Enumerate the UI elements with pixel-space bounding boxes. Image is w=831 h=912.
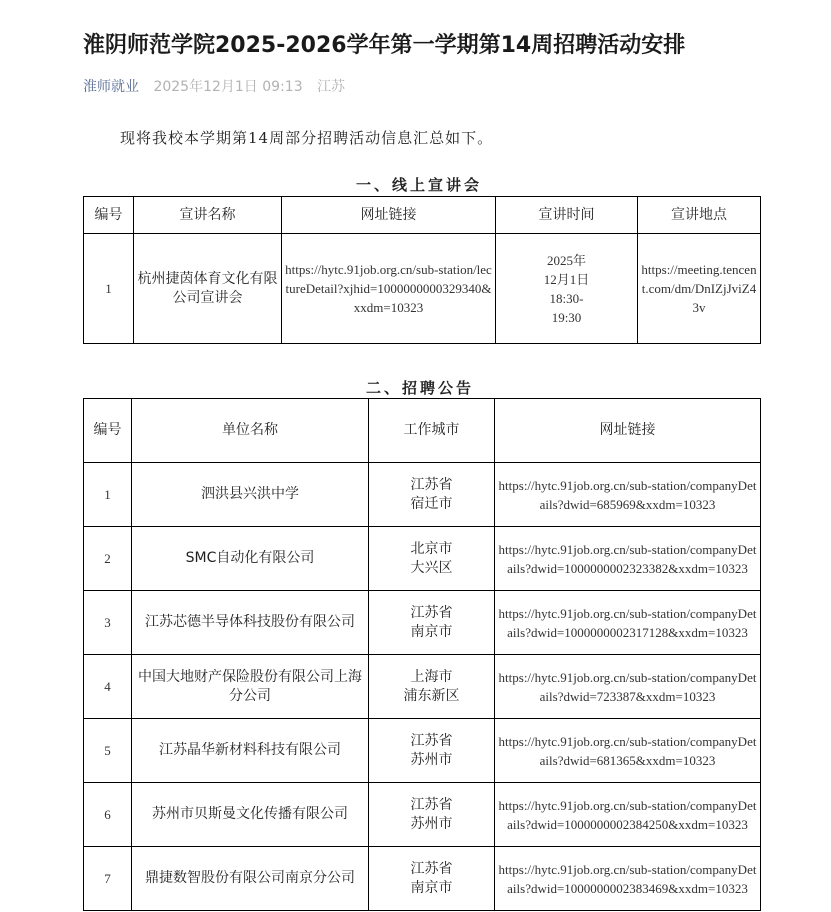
city-province: 江苏省 — [372, 732, 491, 751]
header-number: 编号 — [84, 399, 132, 463]
company-url[interactable]: https://hytc.91job.org.cn/sub-station/co… — [495, 719, 761, 783]
work-city: 北京市大兴区 — [369, 527, 495, 591]
table-row: 4 中国大地财产保险股份有限公司上海分公司 上海市浦东新区 https://hy… — [84, 655, 761, 719]
city-district: 宿迁市 — [372, 495, 491, 514]
article-title: 淮阴师范学院2025-2026学年第一学期第14周招聘活动安排 — [83, 28, 685, 59]
intro-paragraph: 现将我校本学期第14周部分招聘活动信息汇总如下。 — [120, 127, 493, 148]
city-province: 北京市 — [372, 540, 491, 559]
lecture-time-line: 19:30 — [499, 308, 634, 327]
table-row: 1 杭州捷茵体育文化有限公司宣讲会 https://hytc.91job.org… — [84, 234, 761, 344]
row-number: 5 — [84, 719, 132, 783]
table-row: 7 鼎捷数智股份有限公司南京分公司 江苏省南京市 https://hytc.91… — [84, 847, 761, 911]
row-number: 6 — [84, 783, 132, 847]
source-account-link[interactable]: 淮师就业 — [83, 79, 139, 95]
city-province: 上海市 — [372, 668, 491, 687]
city-district: 大兴区 — [372, 559, 491, 578]
city-district: 南京市 — [372, 879, 491, 898]
row-number: 1 — [84, 463, 132, 527]
company-name: 中国大地财产保险股份有限公司上海分公司 — [132, 655, 369, 719]
table-row: 6 苏州市贝斯曼文化传播有限公司 江苏省苏州市 https://hytc.91j… — [84, 783, 761, 847]
lecture-url[interactable]: https://hytc.91job.org.cn/sub-station/le… — [282, 234, 496, 344]
company-name: 鼎捷数智股份有限公司南京分公司 — [132, 847, 369, 911]
work-city: 江苏省南京市 — [369, 591, 495, 655]
section-heading-job-postings: 二、招聘公告 — [366, 377, 474, 398]
city-province: 江苏省 — [372, 796, 491, 815]
lecture-location-url[interactable]: https://meeting.tencent.com/dm/DnIZjJviZ… — [638, 234, 761, 344]
work-city: 江苏省宿迁市 — [369, 463, 495, 527]
header-company-name: 单位名称 — [132, 399, 369, 463]
table-row: 5 江苏晶华新材料科技有限公司 江苏省苏州市 https://hytc.91jo… — [84, 719, 761, 783]
company-url[interactable]: https://hytc.91job.org.cn/sub-station/co… — [495, 463, 761, 527]
online-lectures-table: 编号 宣讲名称 网址链接 宣讲时间 宣讲地点 1 杭州捷茵体育文化有限公司宣讲会… — [83, 196, 761, 344]
company-name: 苏州市贝斯曼文化传播有限公司 — [132, 783, 369, 847]
section-heading-online-lectures: 一、线上宣讲会 — [356, 174, 482, 195]
publish-date: 2025年12月1日 09:13 — [153, 79, 302, 95]
row-number: 2 — [84, 527, 132, 591]
row-number: 3 — [84, 591, 132, 655]
work-city: 江苏省苏州市 — [369, 783, 495, 847]
city-district: 浦东新区 — [372, 687, 491, 706]
company-url[interactable]: https://hytc.91job.org.cn/sub-station/co… — [495, 655, 761, 719]
work-city: 上海市浦东新区 — [369, 655, 495, 719]
company-url[interactable]: https://hytc.91job.org.cn/sub-station/co… — [495, 527, 761, 591]
lecture-name: 杭州捷茵体育文化有限公司宣讲会 — [134, 234, 282, 344]
city-district: 南京市 — [372, 623, 491, 642]
article-meta: 淮师就业 2025年12月1日 09:13 江苏 — [83, 76, 345, 96]
lecture-time-line: 2025年 — [499, 251, 634, 270]
work-city: 江苏省苏州市 — [369, 719, 495, 783]
lecture-time-line: 12月1日 — [499, 270, 634, 289]
table-row: 3 江苏芯德半导体科技股份有限公司 江苏省南京市 https://hytc.91… — [84, 591, 761, 655]
header-work-city: 工作城市 — [369, 399, 495, 463]
row-number: 7 — [84, 847, 132, 911]
job-postings-table: 编号 单位名称 工作城市 网址链接 1 泗洪县兴洪中学 江苏省宿迁市 https… — [83, 398, 761, 911]
lecture-time: 2025年 12月1日 18:30- 19:30 — [496, 234, 638, 344]
work-city: 江苏省南京市 — [369, 847, 495, 911]
city-district: 苏州市 — [372, 815, 491, 834]
city-province: 江苏省 — [372, 604, 491, 623]
table-row: 2 SMC自动化有限公司 北京市大兴区 https://hytc.91job.o… — [84, 527, 761, 591]
header-lecture-location: 宣讲地点 — [638, 197, 761, 234]
city-province: 江苏省 — [372, 476, 491, 495]
header-lecture-name: 宣讲名称 — [134, 197, 282, 234]
city-province: 江苏省 — [372, 860, 491, 879]
header-url: 网址链接 — [495, 399, 761, 463]
publish-location: 江苏 — [317, 79, 345, 95]
company-name: 江苏晶华新材料科技有限公司 — [132, 719, 369, 783]
row-number: 1 — [84, 234, 134, 344]
company-url[interactable]: https://hytc.91job.org.cn/sub-station/co… — [495, 591, 761, 655]
header-number: 编号 — [84, 197, 134, 234]
city-district: 苏州市 — [372, 751, 491, 770]
table-row: 1 泗洪县兴洪中学 江苏省宿迁市 https://hytc.91job.org.… — [84, 463, 761, 527]
company-name: 泗洪县兴洪中学 — [132, 463, 369, 527]
header-lecture-time: 宣讲时间 — [496, 197, 638, 234]
company-url[interactable]: https://hytc.91job.org.cn/sub-station/co… — [495, 783, 761, 847]
lecture-time-line: 18:30- — [499, 289, 634, 308]
table-header-row: 编号 单位名称 工作城市 网址链接 — [84, 399, 761, 463]
header-url: 网址链接 — [282, 197, 496, 234]
company-name: SMC自动化有限公司 — [132, 527, 369, 591]
table-header-row: 编号 宣讲名称 网址链接 宣讲时间 宣讲地点 — [84, 197, 761, 234]
row-number: 4 — [84, 655, 132, 719]
company-name: 江苏芯德半导体科技股份有限公司 — [132, 591, 369, 655]
company-url[interactable]: https://hytc.91job.org.cn/sub-station/co… — [495, 847, 761, 911]
